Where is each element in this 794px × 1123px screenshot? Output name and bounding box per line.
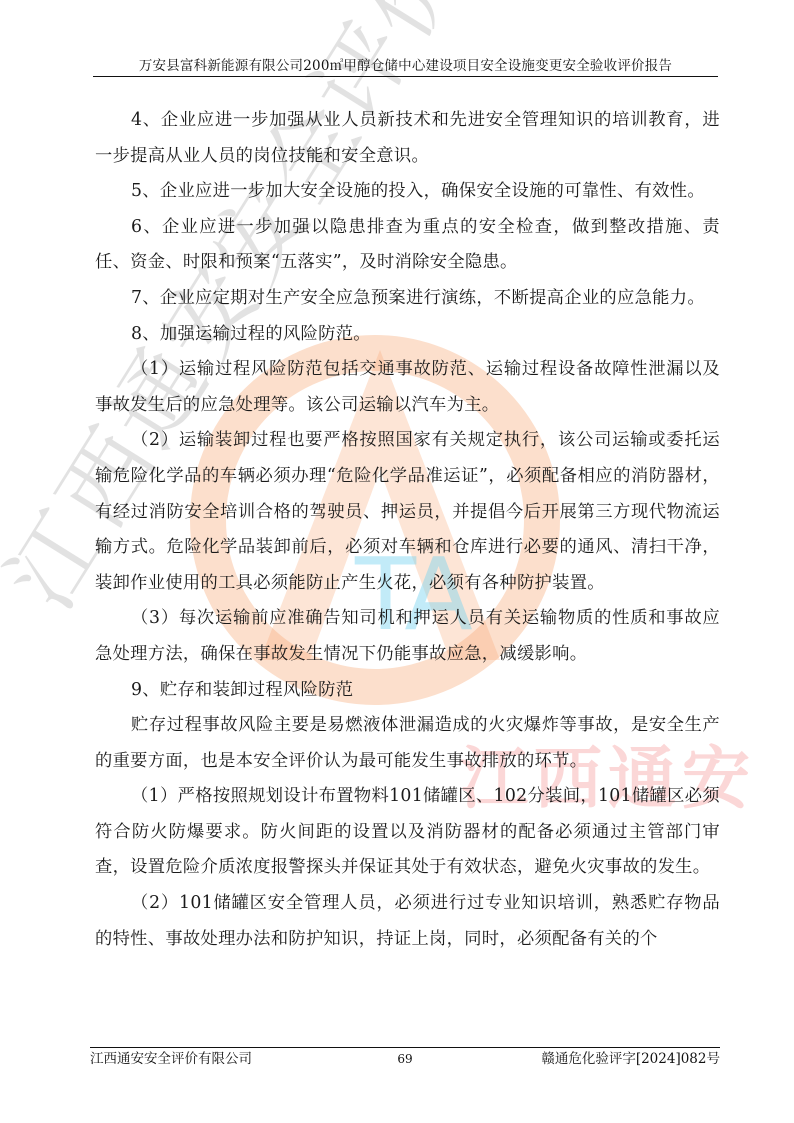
page-header-title: 万安县富科新能源有限公司200㎥甲醇仓储中心建设项目安全设施变更安全验收评价报告 [93,57,718,75]
document-body: 4、企业应进一步加强从业人员新技术和先进安全管理知识的培训教育，进一步提高从业人… [95,103,720,957]
paragraph-9-intro: 贮存过程事故风险主要是易燃液体泄漏造成的火灾爆炸等事故，是安全生产的重要方面，也… [95,708,720,779]
paragraph-8-2: （2）运输装卸过程也要严格按照国家有关规定执行，该公司运输或委托运输危险化学品的… [95,423,720,601]
paragraph-8-3: （3）每次运输前应准确告知司机和押运人员有关运输物质的性质和事故应急处理方法，确… [95,601,720,672]
page-footer: 江西通安安全评价有限公司 69 赣通危化验评字[2024]082号 [90,1050,720,1068]
paragraph-5: 5、企业应进一步加大安全设施的投入，确保安全设施的可靠性、有效性。 [95,174,720,210]
footer-doc-number: 赣通危化验评字[2024]082号 [541,1050,720,1068]
paragraph-6: 6、企业应进一步加强以隐患排查为重点的安全检查，做到整改措施、责任、资金、时限和… [95,210,720,281]
footer-divider [90,1047,720,1048]
paragraph-8-1: （1）运输过程风险防范包括交通事故防范、运输过程设备故障性泄漏以及事故发生后的应… [95,352,720,423]
paragraph-8: 8、加强运输过程的风险防范。 [95,317,720,353]
paragraph-9-2: （2）101储罐区安全管理人员，必须进行过专业知识培训，熟悉贮存物品的特性、事故… [95,886,720,957]
header-divider [93,76,718,77]
paragraph-7: 7、企业应定期对生产安全应急预案进行演练，不断提高企业的应急能力。 [95,281,720,317]
paragraph-9-1: （1）严格按照规划设计布置物料101储罐区、102分装间，101储罐区必须符合防… [95,779,720,886]
paragraph-4: 4、企业应进一步加强从业人员新技术和先进安全管理知识的培训教育，进一步提高从业人… [95,103,720,174]
paragraph-9: 9、贮存和装卸过程风险防范 [95,673,720,709]
